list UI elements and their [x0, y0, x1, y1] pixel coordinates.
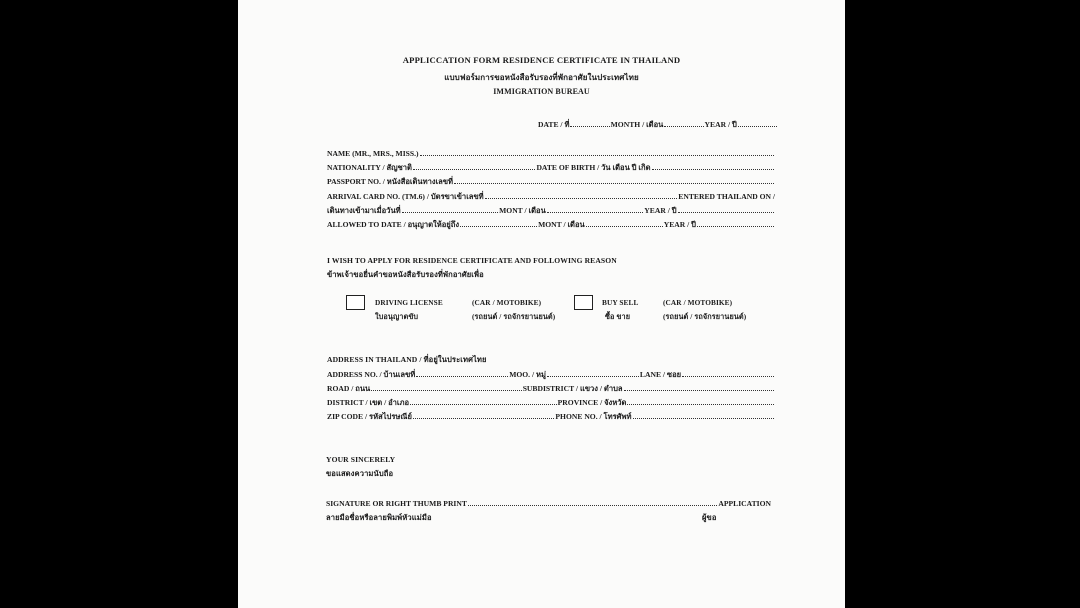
address-no-field[interactable] [416, 368, 508, 377]
driving-license-vehicle-thai: (รถยนต์ / รถจักรยานยนต์) [472, 312, 555, 323]
allowed-day-field[interactable] [460, 218, 537, 227]
nationality-row: NATIONALITY / สัญชาติ DATE OF BIRTH / วั… [327, 161, 775, 172]
lane-label: LANE / ซอย [640, 369, 681, 381]
entered-day-field[interactable] [402, 204, 498, 213]
signature-row: SIGNATURE OR RIGHT THUMB PRINT APPLICATI… [326, 497, 771, 508]
application-label: APPLICATION [718, 499, 771, 508]
date-line: DATE / ที่ MONTH / เดือน YEAR / ปี [538, 118, 778, 129]
zip-field[interactable] [413, 410, 555, 419]
district-label: DISTRICT / เขต / อำเภอ [327, 397, 409, 409]
dob-field[interactable] [652, 161, 774, 170]
driving-license-label: DRIVING LICENSE [375, 298, 443, 307]
signature-label-thai: ลายมือชื่อหรือลายพิมพ์หัวแม่มือ [326, 512, 432, 524]
reason-heading: I WISH TO APPLY FOR RESIDENCE CERTIFICAT… [327, 256, 617, 265]
date-field[interactable] [570, 118, 609, 127]
form-title: APPLICCATION FORM RESIDENCE CERTIFICATE … [238, 55, 845, 65]
nationality-field[interactable] [413, 161, 535, 170]
allowed-year-field[interactable] [697, 218, 774, 227]
moo-label: MOO. / หมู่ [509, 369, 546, 381]
allowed-year-label: YEAR / ปี [664, 219, 696, 231]
passport-row: PASSPORT NO. / หนังสือเดินทางเลขที่ [327, 175, 775, 186]
sincerely-text-thai: ขอแสดงความนับถือ [326, 468, 393, 480]
driving-license-vehicle: (CAR / MOTOBIKE) [472, 298, 541, 307]
passport-field[interactable] [454, 175, 774, 184]
address-heading: ADDRESS IN THAILAND / ที่อยู่ในประเทศไทย [327, 354, 487, 366]
phone-label: PHONE NO. / โทรศัพท์ [555, 411, 631, 423]
signature-field[interactable] [468, 497, 717, 506]
date-label: DATE / ที่ [538, 119, 569, 131]
buy-sell-label: BUY SELL [602, 298, 638, 307]
entered-row: เดินทางเข้ามาเมื่อวันที่ MONT / เดือน YE… [327, 204, 775, 215]
month-label: MONTH / เดือน [611, 119, 664, 131]
form-subtitle: IMMIGRATION BUREAU [238, 87, 845, 96]
name-field[interactable] [420, 147, 774, 156]
district-field[interactable] [410, 396, 557, 405]
moo-field[interactable] [547, 368, 639, 377]
nationality-label: NATIONALITY / สัญชาติ [327, 162, 412, 174]
lane-field[interactable] [682, 368, 774, 377]
year-field[interactable] [738, 118, 777, 127]
entered-month-label: MONT / เดือน [499, 205, 546, 217]
allowed-month-field[interactable] [586, 218, 663, 227]
allowed-month-label: MONT / เดือน [538, 219, 585, 231]
phone-field[interactable] [633, 410, 775, 419]
entered-year-label: YEAR / ปี [644, 205, 676, 217]
passport-label: PASSPORT NO. / หนังสือเดินทางเลขที่ [327, 176, 453, 188]
month-field[interactable] [664, 118, 703, 127]
application-label-thai: ผู้ขอ [702, 512, 717, 524]
arrival-field[interactable] [485, 190, 678, 199]
subdistrict-label: SUBDISTRICT / แขวง / ตำบล [523, 383, 623, 395]
buy-sell-vehicle-thai: (รถยนต์ / รถจักรยานยนต์) [663, 312, 746, 323]
road-row: ROAD / ถนน SUBDISTRICT / แขวง / ตำบล [327, 382, 775, 393]
buy-sell-checkbox[interactable] [574, 295, 593, 310]
buy-sell-vehicle: (CAR / MOTOBIKE) [663, 298, 732, 307]
buy-sell-label-thai: ซื้อ ขาย [605, 312, 630, 323]
year-label: YEAR / ปี [705, 119, 737, 131]
driving-license-checkbox[interactable] [346, 295, 365, 310]
address-no-label: ADDRESS NO. / บ้านเลขที่ [327, 369, 415, 381]
name-label: NAME (MR., MRS., MISS.) [327, 149, 419, 158]
sincerely-text: YOUR SINCERELY [326, 455, 395, 464]
entered-month-field[interactable] [547, 204, 643, 213]
district-row: DISTRICT / เขต / อำเภอ PROVINCE / จังหวั… [327, 396, 775, 407]
dob-label: DATE OF BIRTH / วัน เดือน ปี เกิด [536, 162, 650, 174]
driving-license-label-thai: ใบอนุญาตขับ [375, 312, 418, 323]
allowed-label: ALLOWED TO DATE / อนุญาตให้อยู่ถึง [327, 219, 459, 231]
reason-heading-thai: ข้าพเจ้าขอยื่นคำขอหนังสือรับรองที่พักอาศ… [327, 269, 484, 281]
province-field[interactable] [627, 396, 774, 405]
name-row: NAME (MR., MRS., MISS.) [327, 147, 775, 158]
entered-year-field[interactable] [678, 204, 774, 213]
arrival-label: ARRIVAL CARD NO. (TM.6) / บัตรขาเข้าเลขท… [327, 191, 484, 203]
form-page: APPLICCATION FORM RESIDENCE CERTIFICATE … [238, 0, 845, 608]
zip-label: ZIP CODE / รหัสไปรษณีย์ [327, 411, 412, 423]
entered-thai-label: เดินทางเข้ามาเมื่อวันที่ [327, 205, 401, 217]
form-title-thai: แบบฟอร์มการขอหนังสือรับรองที่พักอาศัยในป… [238, 71, 845, 84]
address-no-row: ADDRESS NO. / บ้านเลขที่ MOO. / หมู่ LAN… [327, 368, 775, 379]
entered-label: ENTERED THAILAND ON / [678, 192, 775, 201]
signature-label: SIGNATURE OR RIGHT THUMB PRINT [326, 499, 467, 508]
zip-row: ZIP CODE / รหัสไปรษณีย์ PHONE NO. / โทรศ… [327, 410, 775, 421]
arrival-row: ARRIVAL CARD NO. (TM.6) / บัตรขาเข้าเลขท… [327, 190, 775, 201]
allowed-row: ALLOWED TO DATE / อนุญาตให้อยู่ถึง MONT … [327, 218, 775, 229]
road-field[interactable] [371, 382, 521, 391]
road-label: ROAD / ถนน [327, 383, 370, 395]
subdistrict-field[interactable] [624, 382, 774, 391]
province-label: PROVINCE / จังหวัด [558, 397, 627, 409]
